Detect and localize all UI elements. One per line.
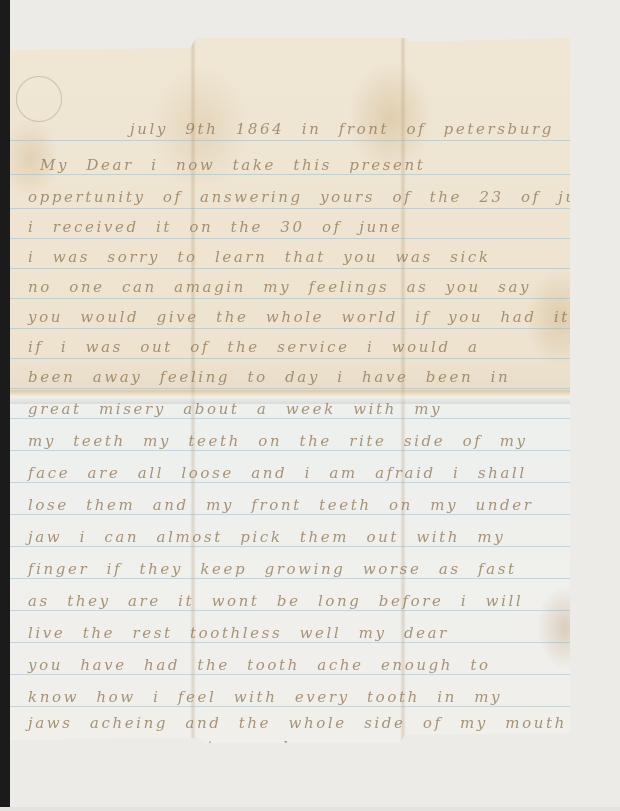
letter-line: lose them and my front teeth on my under — [28, 496, 552, 514]
letter-line: finger if they keep growing worse as fas… — [28, 560, 552, 578]
ruled-line — [10, 706, 570, 707]
letter-page: july 9th 1864 in front of petersburg My … — [10, 38, 570, 743]
letter-line: my teeth my teeth on the rite side of my — [28, 432, 552, 450]
ruled-line — [10, 450, 570, 451]
letter-line: you would give the whole world if you ha… — [28, 308, 552, 326]
letter-line: live the rest toothless well my dear — [28, 624, 552, 642]
ruled-line — [10, 358, 570, 359]
letter-line: jaws acheing and the whole side of my mo… — [28, 714, 552, 732]
letter-line: no one can amagin my feelings as you say — [28, 278, 552, 296]
ruled-line — [10, 610, 570, 611]
scanner-edge — [0, 0, 10, 811]
letter-line: great misery about a week with my — [28, 400, 552, 418]
letter-line: been away feeling to day i have been in — [28, 368, 552, 386]
letter-dateline: july 9th 1864 in front of petersburg — [130, 120, 552, 138]
ruled-line — [10, 388, 570, 389]
letter-line: as they are it wont be long before i wil… — [28, 592, 552, 610]
ruled-line — [10, 298, 570, 299]
ruled-line — [10, 514, 570, 515]
ruled-line — [10, 140, 570, 141]
letter-line: oppertunity of answering yours of the 23… — [28, 188, 552, 206]
ruled-line — [10, 546, 570, 547]
ruled-line — [10, 238, 570, 239]
letter-line: know how i feel with every tooth in my — [28, 688, 552, 706]
ruled-line — [10, 174, 570, 175]
ruled-line — [10, 208, 570, 209]
letter-line: jaw i can almost pick them out with my — [28, 528, 552, 546]
ruled-line — [10, 328, 570, 329]
scanner-bed — [0, 807, 620, 811]
letter-line: face are all loose and i am afraid i sha… — [28, 464, 552, 482]
ruled-line — [10, 642, 570, 643]
ruled-line — [10, 418, 570, 419]
letter-line: you have had the tooth ache enough to — [28, 656, 552, 674]
letter-line: i was sorry to learn that you was sick — [28, 248, 552, 266]
ruled-line — [10, 482, 570, 483]
ruled-line — [10, 268, 570, 269]
letter-line: My Dear i now take this present — [40, 156, 552, 174]
ruled-line — [10, 674, 570, 675]
letter-line: i received it on the 30 of june — [28, 218, 552, 236]
letter-line: a complete fester and raw sore — [40, 738, 552, 756]
letter-line: if i was out of the service i would a — [28, 338, 552, 356]
postmark-stamp-icon — [16, 76, 62, 122]
ruled-line — [10, 578, 570, 579]
